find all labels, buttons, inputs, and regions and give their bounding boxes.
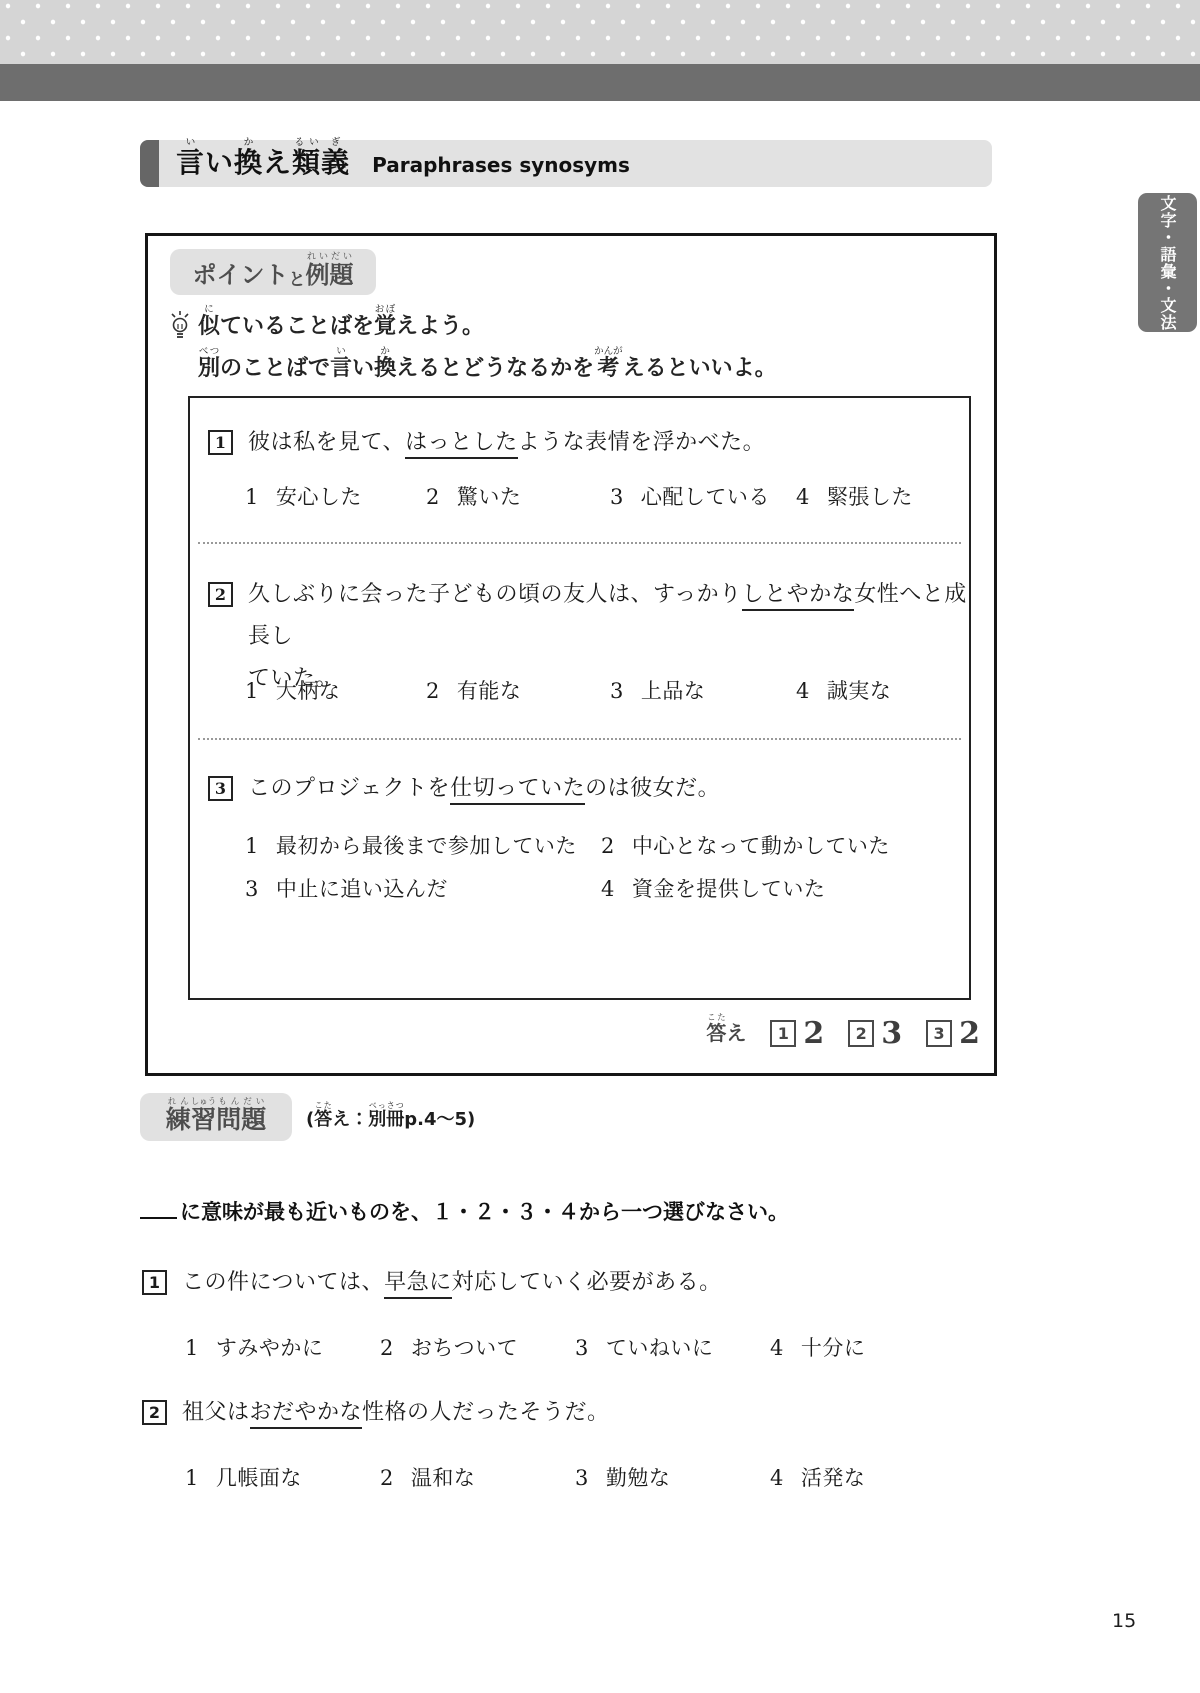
title-accent-bar (140, 140, 159, 187)
dotted-separator (198, 738, 961, 740)
choice-option: 1安心した (245, 481, 426, 511)
example-1-choices: 1安心した 2驚いた 3心配している 4緊張した (245, 481, 913, 511)
question-number-box: 3 (208, 776, 233, 801)
choice-option: 2おちついて (380, 1332, 575, 1362)
choice-option: 3上品な (610, 675, 796, 705)
choice-option: 2中心となって動かしていた (601, 830, 890, 860)
practice-2-choices: 1几帳面な 2温和な 3勤勉な 4活発な (185, 1462, 865, 1492)
choice-option: 3勤勉な (575, 1462, 770, 1492)
choice-option: 3ていねいに (575, 1332, 770, 1362)
question-number-box: 1 (208, 430, 233, 455)
question-sentence: この件については、早急に対応していく必要がある。 (182, 1263, 722, 1303)
points-badge: ポイントと例れい題だい (170, 249, 376, 295)
hint-line-1: 似にていることばを覚おぼえよう。 (170, 298, 777, 340)
choice-option: 4活発な (770, 1462, 865, 1492)
practice-section-badge: 練れん習しゅう問もん題だい (140, 1093, 292, 1141)
choice-option: 4誠実な (796, 675, 891, 705)
decorative-dots-band (0, 0, 1200, 64)
choice-option: 1大柄な (245, 675, 426, 705)
question-number-box: 1 (142, 1270, 167, 1295)
answer-value: 2 (959, 1019, 980, 1049)
practice-instruction: に意味が最も近いものを、１・２・３・４から一つ選びなさい。 (140, 1196, 789, 1226)
section-subtitle: Paraphrases synosyms (372, 153, 630, 177)
answer-question-box: 1 (770, 1020, 796, 1047)
question-sentence: 彼は私を見て、はっとしたような表情を浮かべた。 (248, 422, 765, 464)
practice-question-2: 2 祖父はおだやかな性格の人だったそうだ。 (142, 1393, 610, 1433)
example-question-1: 1 彼は私を見て、はっとしたような表情を浮かべた。 (208, 422, 765, 464)
example-question-3: 3 このプロジェクトを仕切っていたのは彼女だ。 (208, 768, 720, 810)
answer-value: 2 (803, 1019, 824, 1049)
hint-block: 似にていることばを覚おぼえよう。 別べつのことばで言いい換かえるとどうなるかを考… (170, 298, 777, 382)
choice-option: 4資金を提供していた (601, 873, 890, 903)
side-tab-moji-goi-bunpo: 文字・語彙・文法 (1138, 193, 1197, 332)
practice-answers-note: (答こたえ：別冊べっさつp.4～5) (306, 1101, 475, 1131)
question-number-box: 2 (208, 582, 233, 607)
practice-question-1: 1 この件については、早急に対応していく必要がある。 (142, 1263, 722, 1303)
answer-question-box: 3 (926, 1020, 952, 1047)
answer-item: 2 3 (848, 1019, 902, 1049)
choice-option: 3中止に追い込んだ (245, 873, 601, 903)
lightbulb-icon (168, 310, 192, 342)
choice-option: 1几帳面な (185, 1462, 380, 1492)
question-sentence: 祖父はおだやかな性格の人だったそうだ。 (182, 1393, 610, 1433)
section-title-bar: 言いい換かえ類るい義ぎ Paraphrases synosyms (140, 140, 992, 187)
dotted-separator (198, 542, 961, 544)
example-2-choices: 1大柄な 2有能な 3上品な 4誠実な (245, 675, 891, 705)
choice-option: 4十分に (770, 1332, 865, 1362)
answer-value: 3 (881, 1019, 902, 1049)
practice-1-choices: 1すみやかに 2おちついて 3ていねいに 4十分に (185, 1332, 865, 1362)
answers-label: 答こたえ (706, 1013, 746, 1049)
choice-option: 2驚いた (426, 481, 610, 511)
answer-item: 1 2 (770, 1019, 824, 1049)
page-number: 15 (1112, 1610, 1136, 1632)
choice-option: 4緊張した (796, 481, 913, 511)
points-and-examples-box: ポイントと例れい題だい 似にていることばを覚おぼえよう。 別べつのことばで言いい… (145, 233, 997, 1076)
textbook-page: { "colors": { "dark_bar": "#6e6e6e", "li… (0, 0, 1200, 1693)
question-number-box: 2 (142, 1400, 167, 1425)
header-gray-bar (0, 64, 1200, 101)
answer-item: 3 2 (926, 1019, 980, 1049)
choice-option: 2温和な (380, 1462, 575, 1492)
example-questions-box: 1 彼は私を見て、はっとしたような表情を浮かべた。 1安心した 2驚いた 3心配… (188, 396, 971, 1000)
choice-option: 1最初から最後まで参加していた (245, 830, 601, 860)
choice-option: 1すみやかに (185, 1332, 380, 1362)
choice-option: 2有能な (426, 675, 610, 705)
answers-row: 答こたえ 1 2 2 3 3 2 (706, 1013, 980, 1049)
answer-question-box: 2 (848, 1020, 874, 1047)
section-title: 言いい換かえ類るい義ぎ (176, 137, 350, 181)
example-3-choices: 1最初から最後まで参加していた 2中心となって動かしていた 3中止に追い込んだ … (245, 830, 890, 903)
choice-option: 3心配している (610, 481, 796, 511)
hint-line-2: 別べつのことばで言いい換かえるとどうなるかを考かんがえるといいよ。 (170, 340, 777, 382)
question-sentence: このプロジェクトを仕切っていたのは彼女だ。 (248, 768, 720, 810)
